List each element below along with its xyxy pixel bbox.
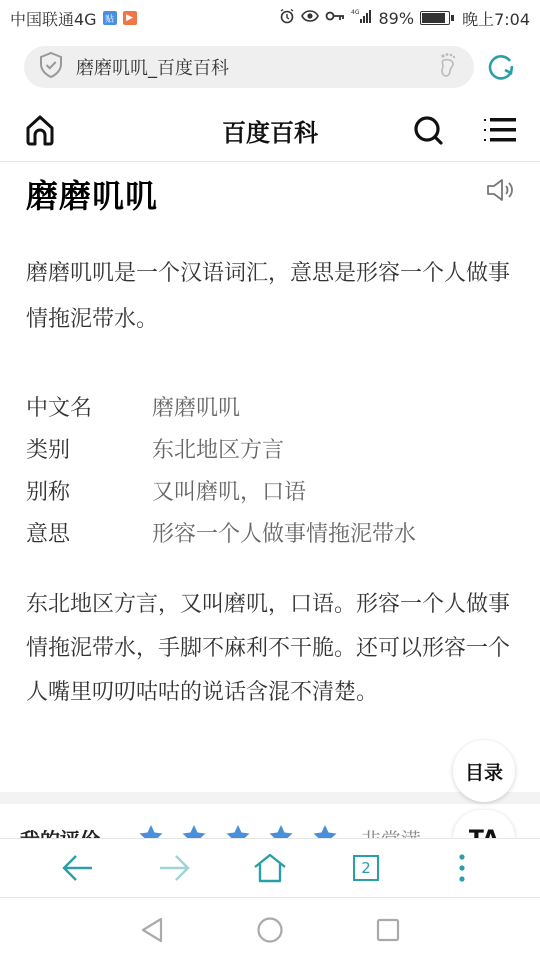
battery-percent: 89%	[379, 9, 415, 28]
star-icon[interactable]	[129, 824, 173, 838]
svg-text:4G: 4G	[351, 9, 360, 16]
alarm-icon	[279, 8, 295, 28]
pronunciation-button[interactable]	[484, 175, 518, 205]
site-title: 百度百科	[222, 113, 318, 148]
shield-check-icon[interactable]	[38, 51, 64, 83]
infobox-key: 意思	[26, 517, 152, 548]
status-right: 4G 89% 晚上7:04	[279, 7, 531, 30]
footprint-icon[interactable]	[436, 51, 460, 83]
infobox-key: 别称	[26, 475, 152, 506]
infobox-value: 东北地区方言	[152, 433, 284, 464]
clock: 晚上7:04	[462, 7, 530, 30]
nav-recent-icon[interactable]	[375, 917, 401, 943]
browser-home-button[interactable]	[250, 848, 290, 888]
entry-summary: 磨磨叽叽是一个汉语词汇，意思是形容一个人做事情拖泥带水。	[26, 251, 516, 343]
key-icon	[325, 10, 345, 26]
forward-button[interactable]	[154, 848, 194, 888]
rating-label: 我的评价	[20, 824, 129, 838]
home-icon[interactable]	[23, 113, 57, 147]
more-button[interactable]	[442, 848, 482, 888]
menu-button[interactable]	[482, 112, 518, 148]
back-arrow-icon[interactable]	[62, 854, 94, 882]
tab-count: 2	[361, 859, 371, 877]
home-icon[interactable]	[253, 853, 287, 883]
browser-toolbar: 2	[0, 838, 540, 898]
star-icon[interactable]	[216, 824, 260, 838]
infobox-row: 别称 又叫磨叽，口语	[26, 469, 516, 511]
nav-recent-button[interactable]	[373, 915, 403, 945]
status-left: 中国联通4G 贴 ▶	[10, 7, 137, 30]
infobox: 中文名 磨磨叽叽 类别 东北地区方言 别称 又叫磨叽，口语 意思 形容一个人做事…	[26, 385, 516, 553]
back-button[interactable]	[58, 848, 98, 888]
toc-button[interactable]: 目录	[453, 740, 515, 802]
rating-row: 我的评价 非常满意	[20, 818, 440, 838]
ta-label: TA	[469, 827, 499, 838]
search-button[interactable]	[410, 112, 446, 148]
entry-body: 东北地区方言，又叫磨叽，口语。形容一个人做事情拖泥带水，手脚不麻利不干脆。还可以…	[26, 583, 516, 715]
more-vertical-icon[interactable]	[458, 853, 466, 883]
app-header: 百度百科	[0, 100, 540, 162]
infobox-row: 意思 形容一个人做事情拖泥带水	[26, 511, 516, 553]
nav-back-icon[interactable]	[140, 916, 164, 944]
infobox-row: 中文名 磨磨叽叽	[26, 385, 516, 427]
star-icon[interactable]	[260, 824, 304, 838]
tabs-button[interactable]: 2	[346, 848, 386, 888]
infobox-value: 形容一个人做事情拖泥带水	[152, 517, 416, 548]
section-divider	[0, 792, 540, 804]
signal-icon: 4G	[351, 8, 373, 28]
nav-back-button[interactable]	[137, 915, 167, 945]
infobox-key: 类别	[26, 433, 152, 464]
infobox-value: 又叫磨叽，口语	[152, 475, 306, 506]
entry-title: 磨磨叽叽	[26, 171, 158, 217]
forward-arrow-icon[interactable]	[158, 854, 190, 882]
nav-home-button[interactable]	[255, 915, 285, 945]
address-bar[interactable]: 磨磨叽叽_百度百科	[24, 46, 474, 88]
page-title-text[interactable]: 磨磨叽叽_百度百科	[76, 54, 436, 80]
eye-icon	[301, 9, 319, 27]
search-icon[interactable]	[411, 113, 445, 147]
system-nav-bar	[0, 899, 540, 960]
carrier-label: 中国联通4G	[10, 7, 97, 30]
url-row: 磨磨叽叽_百度百科	[0, 42, 540, 92]
speaker-icon[interactable]	[484, 175, 518, 205]
battery-icon	[420, 11, 450, 25]
star-icon[interactable]	[173, 824, 217, 838]
video-badge-icon: ▶	[123, 11, 137, 25]
reload-icon[interactable]	[484, 52, 518, 86]
infobox-value: 磨磨叽叽	[152, 391, 240, 422]
rating-text: 非常满意	[361, 824, 440, 838]
ta-button[interactable]: TA	[453, 810, 515, 838]
tieba-badge-icon: 贴	[103, 11, 117, 25]
infobox-key: 中文名	[26, 391, 152, 422]
home-button[interactable]	[22, 112, 58, 148]
tab-count-icon[interactable]: 2	[353, 855, 379, 881]
menu-icon[interactable]	[483, 115, 517, 145]
star-icon[interactable]	[303, 824, 347, 838]
reload-button[interactable]	[484, 52, 518, 86]
nav-home-icon[interactable]	[256, 916, 284, 944]
infobox-row: 类别 东北地区方言	[26, 427, 516, 469]
status-bar: 中国联通4G 贴 ▶ 4G 89% 晚上7:04	[0, 0, 540, 36]
